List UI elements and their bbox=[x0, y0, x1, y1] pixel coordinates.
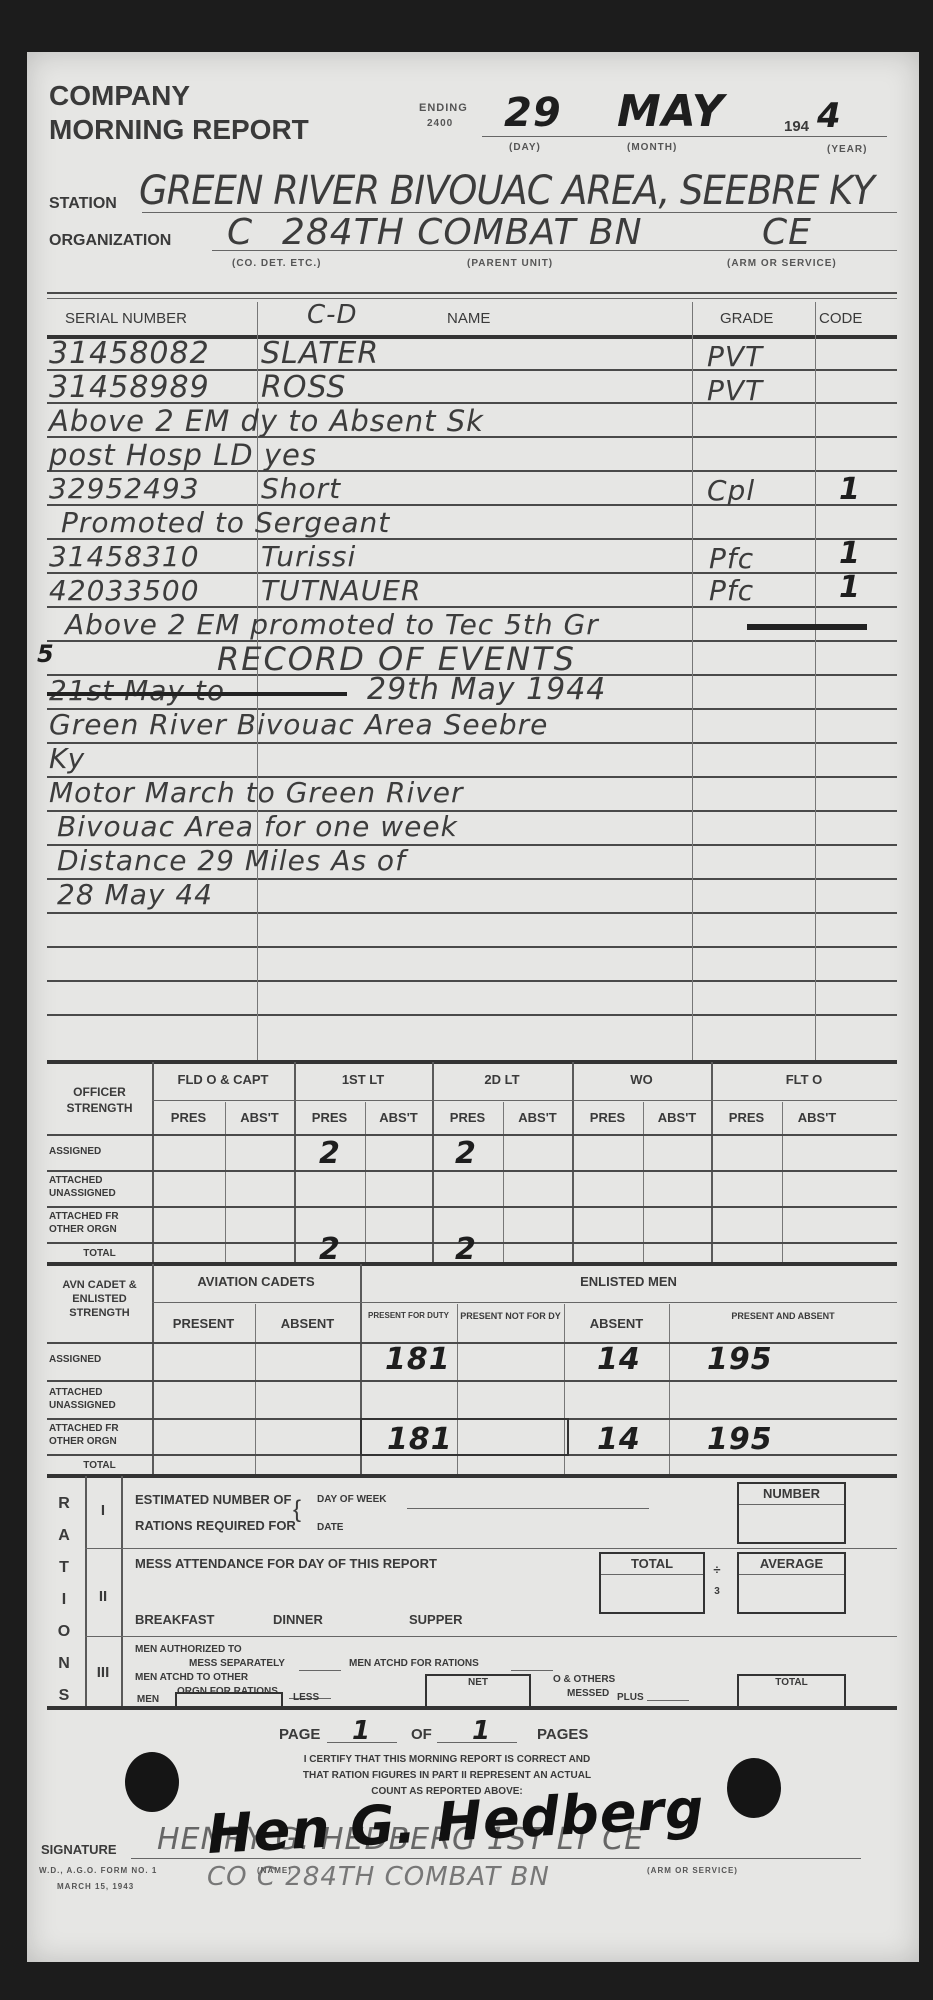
authorized-l1: MEN AUTHORIZED TO bbox=[135, 1644, 242, 1655]
event-1-struck: 21st May to bbox=[49, 674, 225, 707]
authorized-field[interactable] bbox=[299, 1670, 341, 1671]
cert-line1: I CERTIFY THAT THIS MORNING REPORT IS CO… bbox=[227, 1754, 667, 1765]
atchd-other-l1: MEN ATCHD TO OTHER bbox=[135, 1672, 248, 1683]
grid-line bbox=[47, 1380, 897, 1382]
row-7-name: Turissi bbox=[261, 540, 356, 573]
grid-line bbox=[432, 1062, 434, 1262]
assigned-present-and-absent: 195 bbox=[707, 1342, 773, 1377]
org-parent-caption: (PARENT UNIT) bbox=[467, 258, 553, 269]
form-number: W.D., A.G.O. FORM NO. 1 bbox=[39, 1866, 157, 1875]
row-5-grade: Cpl bbox=[707, 474, 755, 507]
grid-line bbox=[711, 1062, 713, 1262]
form-title-line1: COMPANY bbox=[49, 80, 190, 112]
officer-total-1st-lt-pres: 2 bbox=[319, 1232, 341, 1267]
group-flt-o: FLT O bbox=[711, 1072, 897, 1087]
enlisted-row-assigned: ASSIGNED bbox=[49, 1354, 101, 1365]
col-cadet-present: PRESENT bbox=[152, 1316, 255, 1331]
grade-code-divider bbox=[815, 302, 816, 1060]
sub-abst: ABS'T bbox=[643, 1110, 711, 1125]
row-2-name: ROSS bbox=[261, 370, 346, 405]
divisor: 3 bbox=[709, 1586, 725, 1597]
strikethrough bbox=[47, 692, 347, 696]
header-name: NAME bbox=[447, 310, 490, 327]
atchd-for-rations-field[interactable] bbox=[511, 1670, 553, 1671]
day-of-week-label: DAY OF WEEK bbox=[317, 1494, 386, 1505]
group-2d-lt: 2D LT bbox=[432, 1072, 572, 1087]
year-suffix: 4 bbox=[817, 96, 842, 136]
grid-line bbox=[782, 1102, 783, 1262]
date-label: DATE bbox=[317, 1522, 343, 1533]
section-2-numeral: II bbox=[85, 1588, 121, 1605]
officer-assigned-2d-lt-pres: 2 bbox=[455, 1136, 477, 1171]
sub-abst: ABS'T bbox=[782, 1110, 852, 1125]
letter: R bbox=[58, 1495, 70, 1512]
grid-line bbox=[225, 1102, 226, 1262]
row-rule bbox=[47, 742, 897, 744]
others-field[interactable] bbox=[647, 1700, 689, 1701]
row-8-serial: 42033500 bbox=[49, 574, 200, 607]
grid-line bbox=[47, 1206, 897, 1208]
total-absent: 14 bbox=[597, 1422, 641, 1457]
group-aviation-cadets: AVIATION CADETS bbox=[152, 1274, 360, 1289]
org-parent-unit: 284TH COMBAT BN bbox=[282, 212, 643, 253]
day-caption: (DAY) bbox=[509, 142, 541, 153]
grid-line bbox=[152, 1264, 154, 1474]
number-box[interactable]: NUMBER bbox=[737, 1482, 846, 1544]
row-5-code: 1 bbox=[839, 472, 861, 507]
year-caption: (YEAR) bbox=[827, 144, 867, 155]
form-title-line2: MORNING REPORT bbox=[49, 114, 309, 146]
ration-total-box[interactable]: TOTAL bbox=[737, 1674, 846, 1708]
station-label: STATION bbox=[49, 195, 117, 213]
row-5-name: Short bbox=[261, 472, 341, 505]
officer-row-attached-unassigned: ATTACHED UNASSIGNED bbox=[49, 1174, 149, 1200]
grid-line bbox=[152, 1302, 897, 1303]
group-1st-lt: 1ST LT bbox=[294, 1072, 432, 1087]
grid-line bbox=[47, 1474, 897, 1478]
letter: A bbox=[58, 1527, 70, 1544]
sub-pres: PRES bbox=[432, 1110, 503, 1125]
row-1-grade: PVT bbox=[707, 340, 763, 373]
men-present-l1: MEN bbox=[137, 1694, 159, 1705]
sig-caption-name: (NAME) bbox=[257, 1866, 292, 1875]
section-1-numeral: I bbox=[85, 1502, 121, 1519]
pages-label: PAGES bbox=[537, 1726, 588, 1743]
average-box[interactable]: AVERAGE bbox=[737, 1552, 846, 1614]
station-value: GREEN RIVER BIVOUAC AREA, SEEBRE KY bbox=[139, 168, 874, 214]
row-5-serial: 32952493 bbox=[49, 472, 200, 505]
roster-top-rule-2 bbox=[47, 298, 897, 299]
enlisted-strength-title: AVN CADET & ENLISTED STRENGTH bbox=[47, 1278, 152, 1320]
officer-row-assigned: ASSIGNED bbox=[49, 1146, 101, 1157]
events-margin-mark: 5 bbox=[37, 640, 55, 668]
year-prefix: 194 bbox=[784, 118, 809, 135]
org-company: C bbox=[227, 212, 253, 253]
form-date: MARCH 15, 1943 bbox=[57, 1882, 134, 1891]
page-total: 1 bbox=[472, 1716, 491, 1746]
grid-line bbox=[572, 1062, 574, 1262]
col-present-and-absent: PRESENT AND ABSENT bbox=[669, 1310, 897, 1322]
col-present-for-duty: PRESENT FOR DUTY bbox=[360, 1310, 457, 1322]
row-7-grade: Pfc bbox=[709, 542, 754, 575]
roster-top-rule bbox=[47, 292, 897, 294]
grid-line bbox=[121, 1476, 123, 1706]
letter: S bbox=[59, 1687, 70, 1704]
name-grade-divider bbox=[692, 302, 693, 1060]
grid-line bbox=[503, 1102, 504, 1262]
rations-side-label: R A T I O N S bbox=[49, 1488, 79, 1712]
grid-line bbox=[294, 1062, 296, 1262]
number-label: NUMBER bbox=[739, 1486, 844, 1501]
box-divider bbox=[601, 1574, 703, 1575]
row-rule bbox=[47, 912, 897, 914]
page-label: PAGE bbox=[279, 1726, 320, 1743]
plus-label: PLUS bbox=[617, 1692, 644, 1703]
letter: T bbox=[59, 1559, 69, 1576]
officer-assigned-1st-lt-pres: 2 bbox=[319, 1136, 341, 1171]
brace: { bbox=[293, 1496, 301, 1524]
atchd-for-rations: MEN ATCHD FOR RATIONS bbox=[349, 1658, 479, 1669]
punch-hole-left bbox=[125, 1752, 179, 1812]
officer-row-attached-fr: ATTACHED FR OTHER ORGN bbox=[49, 1210, 149, 1236]
punch-hole-right bbox=[727, 1758, 781, 1818]
letter: N bbox=[58, 1655, 70, 1672]
mess-total-label: TOTAL bbox=[601, 1556, 703, 1571]
group-enlisted-men: ENLISTED MEN bbox=[360, 1274, 897, 1289]
org-company-caption: (CO. DET. ETC.) bbox=[232, 258, 321, 269]
signature-label: SIGNATURE bbox=[41, 1842, 117, 1857]
grid-line bbox=[85, 1636, 897, 1637]
mess-total-box[interactable]: TOTAL bbox=[599, 1552, 705, 1614]
row-1-name: SLATER bbox=[261, 336, 379, 371]
dinner-label: DINNER bbox=[273, 1612, 323, 1627]
letter: I bbox=[62, 1591, 66, 1608]
sub-pres: PRES bbox=[711, 1110, 782, 1125]
event-1-text: 29th May 1944 bbox=[367, 672, 606, 707]
grid-line bbox=[152, 1100, 897, 1101]
of-label: OF bbox=[411, 1726, 432, 1743]
col-em-absent: ABSENT bbox=[564, 1316, 669, 1331]
event-5-text: Bivouac Area for one week bbox=[57, 810, 458, 843]
average-label: AVERAGE bbox=[739, 1556, 844, 1571]
section-3-numeral: III bbox=[85, 1664, 121, 1681]
section-1-line2: RATIONS REQUIRED FOR bbox=[135, 1518, 296, 1533]
row-7-serial: 31458310 bbox=[49, 540, 200, 573]
net-box[interactable]: NET bbox=[425, 1674, 531, 1708]
sig-caption-arm: (ARM OR SERVICE) bbox=[647, 1866, 738, 1875]
row-2-serial: 31458989 bbox=[49, 370, 210, 405]
enlisted-row-attached-unassigned: ATTACHED UNASSIGNED bbox=[49, 1386, 149, 1412]
row-3-note: Above 2 EM dy to Absent Sk bbox=[49, 404, 484, 438]
sub-pres: PRES bbox=[572, 1110, 643, 1125]
header-grade: GRADE bbox=[720, 310, 773, 327]
breakfast-label: BREAKFAST bbox=[135, 1612, 214, 1627]
org-arm-caption: (ARM OR SERVICE) bbox=[727, 258, 837, 269]
grid-line bbox=[643, 1102, 644, 1262]
org-arm: CE bbox=[762, 212, 812, 253]
sub-pres: PRES bbox=[294, 1110, 365, 1125]
net-label: NET bbox=[427, 1677, 529, 1688]
enlisted-row-attached-fr: ATTACHED FR OTHER ORGN bbox=[49, 1422, 149, 1448]
day-of-week-field[interactable] bbox=[407, 1508, 649, 1509]
officer-row-total: TOTAL bbox=[47, 1248, 152, 1259]
row-8-grade: Pfc bbox=[709, 574, 754, 607]
cert-line2: THAT RATION FIGURES IN PART II REPRESENT… bbox=[227, 1770, 667, 1781]
grid-line bbox=[152, 1062, 154, 1262]
supper-label: SUPPER bbox=[409, 1612, 462, 1627]
row-2-grade: PVT bbox=[707, 374, 763, 407]
sub-abst: ABS'T bbox=[365, 1110, 432, 1125]
box-divider bbox=[739, 1504, 844, 1505]
officer-strength-title: OFFICER STRENGTH bbox=[47, 1084, 152, 1116]
mess-attendance-title: MESS ATTENDANCE FOR DAY OF THIS REPORT bbox=[135, 1556, 437, 1571]
group-wo: WO bbox=[572, 1072, 711, 1087]
month-caption: (MONTH) bbox=[627, 142, 677, 153]
men-present-label: MEN bbox=[123, 1694, 173, 1706]
row-9-note: Above 2 EM promoted to Tec 5th Gr bbox=[65, 608, 599, 641]
row-8-code: 1 bbox=[839, 570, 861, 605]
authorized-l2: MESS SEPARATELY bbox=[189, 1658, 285, 1669]
roster-bottom-rule bbox=[47, 1060, 897, 1064]
row-8-name: TUTNAUER bbox=[261, 574, 421, 607]
enlisted-row-total: TOTAL bbox=[47, 1460, 152, 1471]
ink-blot bbox=[747, 624, 867, 630]
men-present-box[interactable] bbox=[175, 1692, 283, 1706]
report-day: 29 bbox=[504, 90, 562, 136]
section-1-line1: ESTIMATED NUMBER OF bbox=[135, 1492, 291, 1507]
group-fld-o-capt: FLD O & CAPT bbox=[152, 1072, 294, 1087]
sub-pres: PRES bbox=[152, 1110, 225, 1125]
others-l2: MESSED bbox=[567, 1688, 609, 1699]
grid-line bbox=[669, 1304, 670, 1474]
grid-line bbox=[85, 1548, 897, 1549]
row-6-note: Promoted to Sergeant bbox=[61, 506, 390, 539]
event-2-text: Green River Bivouac Area Seebre bbox=[49, 708, 548, 741]
event-7-text: 28 May 44 bbox=[57, 878, 213, 911]
grid-line bbox=[365, 1102, 366, 1262]
organization-label: ORGANIZATION bbox=[49, 232, 171, 250]
letter: O bbox=[58, 1623, 70, 1640]
col-present-not-for-duty: PRESENT NOT FOR DY bbox=[457, 1310, 564, 1322]
header-serial: SERIAL NUMBER bbox=[65, 310, 187, 327]
header-code: CODE bbox=[819, 310, 862, 327]
col-cadet-absent: ABSENT bbox=[255, 1316, 360, 1331]
divide-sign: ÷ bbox=[709, 1562, 725, 1577]
less-label: LESS bbox=[293, 1692, 319, 1703]
event-4-text: Motor March to Green River bbox=[49, 776, 464, 809]
page-number: 1 bbox=[352, 1716, 371, 1746]
officer-total-2d-lt-pres: 2 bbox=[455, 1232, 477, 1267]
row-4-note: post Hosp LD yes bbox=[49, 438, 317, 472]
sub-abst: ABS'T bbox=[503, 1110, 572, 1125]
morning-report-page: COMPANY MORNING REPORT ENDING 2400 29 MA… bbox=[27, 52, 919, 1962]
row-7-code: 1 bbox=[839, 536, 861, 571]
assigned-absent: 14 bbox=[597, 1342, 641, 1377]
ending-time: 2400 bbox=[427, 118, 453, 129]
row-rule bbox=[47, 946, 897, 948]
ration-total-label: TOTAL bbox=[739, 1677, 844, 1688]
row-1-serial: 31458082 bbox=[49, 336, 210, 371]
total-present-for-duty: 181 bbox=[387, 1422, 453, 1457]
row-rule bbox=[47, 1014, 897, 1016]
sub-abst: ABS'T bbox=[225, 1110, 294, 1125]
report-month: MAY bbox=[617, 86, 725, 137]
ending-label: ENDING bbox=[419, 102, 468, 114]
event-6-text: Distance 29 Miles As of bbox=[57, 844, 406, 877]
event-3-text: Ky bbox=[49, 742, 85, 775]
assigned-present-for-duty: 181 bbox=[385, 1342, 451, 1377]
others-l1: O & OTHERS bbox=[553, 1674, 615, 1685]
header-name-note: C-D bbox=[307, 300, 358, 330]
box-divider bbox=[739, 1574, 844, 1575]
total-present-and-absent: 195 bbox=[707, 1422, 773, 1457]
row-rule bbox=[47, 980, 897, 982]
